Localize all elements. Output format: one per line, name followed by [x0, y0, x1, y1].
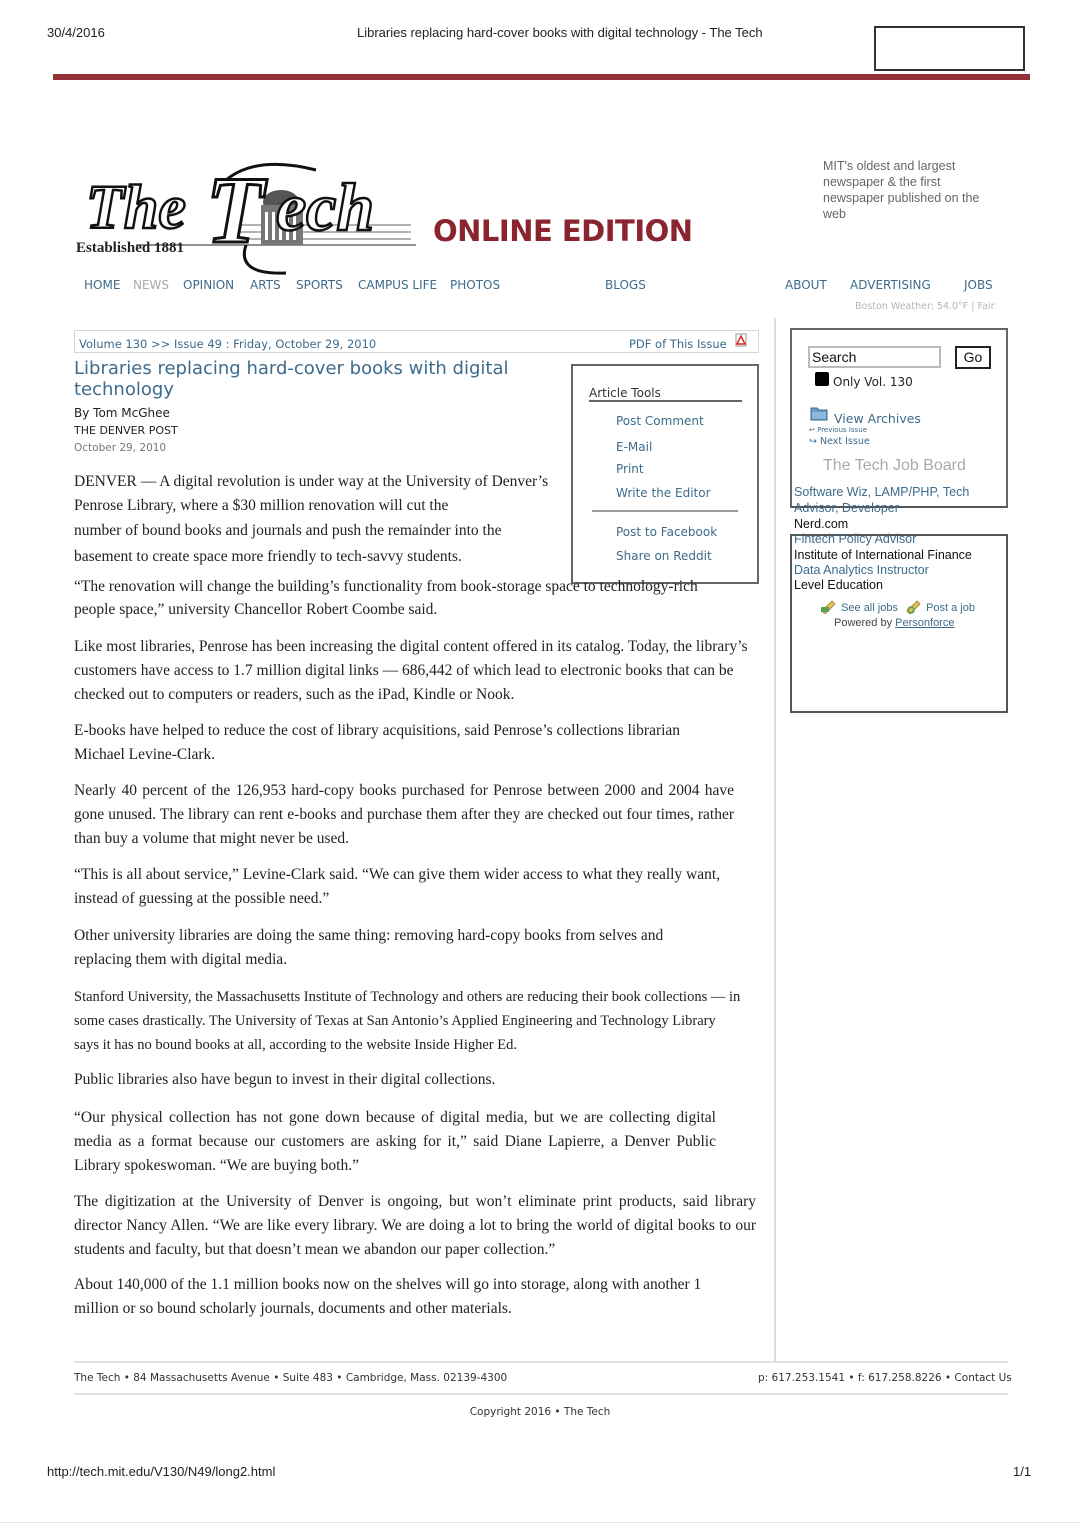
- print-link[interactable]: Print: [616, 462, 644, 476]
- post-comment-link[interactable]: Post Comment: [616, 414, 704, 428]
- article-paragraph: “The renovation will change the building…: [74, 575, 714, 621]
- column-divider: [774, 318, 776, 1363]
- see-all-jobs-link[interactable]: See all jobs: [841, 602, 898, 614]
- pdf-icon[interactable]: [734, 333, 748, 347]
- job-listing-company: Level Education: [794, 578, 883, 592]
- nav-blogs[interactable]: BLOGS: [605, 278, 646, 292]
- article-source: THE DENVER POST: [74, 424, 178, 437]
- tagline: MIT's oldest and largest newspaper & the…: [823, 158, 983, 222]
- next-issue-link[interactable]: ↪ Next Issue: [809, 436, 870, 447]
- nav-arts[interactable]: ARTS: [250, 278, 281, 292]
- personforce-link[interactable]: Personforce: [895, 617, 954, 629]
- nav-campus-life[interactable]: CAMPUS LIFE: [358, 278, 437, 292]
- pencil-icon: [905, 598, 923, 614]
- only-vol-checkbox[interactable]: [815, 372, 829, 386]
- blank-box: [874, 26, 1025, 71]
- nav-sports[interactable]: SPORTS: [296, 278, 343, 292]
- pdf-issue-link[interactable]: PDF of This Issue: [629, 337, 727, 351]
- article-paragraph: “This is all about service,” Levine-Clar…: [74, 863, 746, 911]
- nav-about[interactable]: ABOUT: [785, 278, 827, 292]
- print-date: 30/4/2016: [47, 25, 105, 40]
- print-page-number: 1/1: [1013, 1464, 1031, 1479]
- forward-arrow-icon: ↪: [809, 436, 820, 447]
- article-paragraph: The digitization at the University of De…: [74, 1190, 756, 1262]
- job-listing-title[interactable]: Software Wiz, LAMP/PHP, Tech Advisor, De…: [794, 485, 1004, 516]
- job-listing-company: Nerd.com: [794, 517, 848, 531]
- back-arrow-icon: ↩: [809, 426, 817, 434]
- article-paragraph: Like most libraries, Penrose has been in…: [74, 635, 756, 707]
- article-paragraph: number of bound books and journals and p…: [74, 518, 554, 570]
- job-listing-title[interactable]: Data Analytics Instructor: [794, 563, 1004, 579]
- divider: [589, 400, 742, 402]
- established-label: Established 1881: [76, 240, 184, 257]
- article-paragraph: DENVER — A digital revolution is under w…: [74, 470, 554, 518]
- footer-address: The Tech • 84 Massachusetts Avenue • Sui…: [74, 1372, 507, 1384]
- article-paragraph: Nearly 40 percent of the 126,953 hard-co…: [74, 779, 734, 851]
- search-input[interactable]: [808, 346, 941, 368]
- job-actions: See all jobs Post a job: [820, 598, 975, 614]
- svg-text:ech: ech: [276, 169, 374, 245]
- print-page-title: Libraries replacing hard-cover books wit…: [357, 25, 763, 40]
- weather-status: Boston Weather: 54.0°F | Fair: [855, 301, 994, 312]
- job-board-title: The Tech Job Board: [823, 457, 966, 475]
- print-url: http://tech.mit.edu/V130/N49/long2.html: [47, 1464, 275, 1479]
- post-facebook-link[interactable]: Post to Facebook: [616, 525, 717, 539]
- article-paragraph: Stanford University, the Massachusetts I…: [74, 985, 744, 1057]
- issue-breadcrumb[interactable]: Volume 130 >> Issue 49 : Friday, October…: [79, 337, 376, 351]
- divider: [74, 1361, 1008, 1363]
- post-job-link[interactable]: Post a job: [926, 602, 975, 614]
- folder-icon: [810, 405, 828, 421]
- divider: [74, 1393, 1008, 1395]
- header-divider: [53, 74, 1030, 80]
- nav-home[interactable]: HOME: [84, 278, 120, 292]
- only-vol-label: Only Vol. 130: [833, 375, 913, 389]
- pencil-icon: [820, 598, 838, 614]
- divider: [592, 510, 738, 512]
- article-paragraph: Other university libraries are doing the…: [74, 924, 700, 972]
- article-date: October 29, 2010: [74, 442, 166, 454]
- article-byline: By Tom McGhee: [74, 406, 170, 420]
- article-paragraph: Public libraries also have begun to inve…: [74, 1068, 756, 1092]
- article-paragraph: “Our physical collection has not gone do…: [74, 1106, 716, 1178]
- copyright: Copyright 2016 • The Tech: [0, 1406, 1080, 1418]
- divider: [0, 1522, 1080, 1523]
- powered-by: Powered by Personforce: [834, 617, 954, 629]
- nav-jobs[interactable]: JOBS: [964, 278, 993, 292]
- nav-news[interactable]: NEWS: [133, 278, 169, 292]
- online-edition-label: ONLINE EDITION: [433, 214, 693, 248]
- footer-contact[interactable]: p: 617.253.1541 • f: 617.258.8226 • Cont…: [758, 1372, 1012, 1384]
- nav-advertising[interactable]: ADVERTISING: [850, 278, 931, 292]
- view-archives-link[interactable]: View Archives: [834, 411, 921, 426]
- svg-text:The: The: [86, 174, 186, 242]
- go-button[interactable]: Go: [955, 346, 991, 369]
- nav-photos[interactable]: PHOTOS: [450, 278, 500, 292]
- article-paragraph: About 140,000 of the 1.1 million books n…: [74, 1273, 746, 1321]
- job-listing-company: Institute of International Finance: [794, 548, 972, 562]
- article-tools-title: Article Tools: [589, 386, 661, 400]
- write-editor-link[interactable]: Write the Editor: [616, 486, 711, 500]
- article-paragraph: E-books have helped to reduce the cost o…: [74, 719, 684, 767]
- previous-issue-link[interactable]: ↩ Previous Issue: [809, 426, 867, 434]
- share-reddit-link[interactable]: Share on Reddit: [616, 549, 712, 563]
- nav-opinion[interactable]: OPINION: [183, 278, 234, 292]
- job-listing-title[interactable]: Fintech Policy Advisor: [794, 532, 1004, 548]
- article-title: Libraries replacing hard-cover books wit…: [74, 358, 544, 400]
- email-link[interactable]: E-Mail: [616, 440, 652, 454]
